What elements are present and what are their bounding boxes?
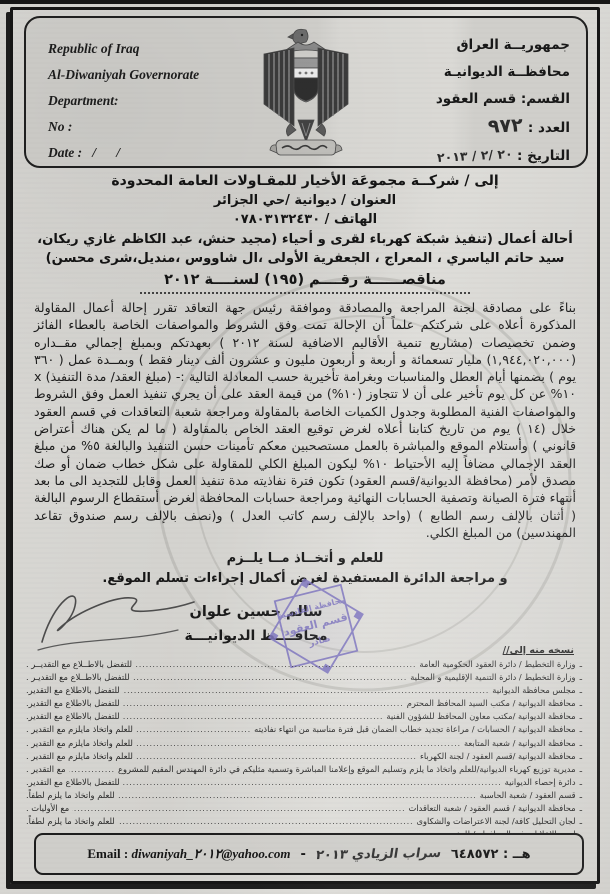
number-en: No :: [48, 119, 72, 134]
item-action: للتفضل بالاطلاع مع التقدير.: [26, 697, 120, 709]
distribution-item: ـ محافظة الديوانية / شعبة المتابعة للعلم…: [26, 737, 582, 750]
footer-phone-label: هــ :: [503, 847, 531, 862]
phone-line: الهاتف / ٠٧٨٠٣١٣٢٤٣٠: [34, 210, 576, 229]
item-recipient: وزارة التخطيط / دائرة التنمية الإقليمية …: [410, 671, 575, 683]
item-action: مع الأوليات .: [26, 802, 69, 814]
item-recipient: محافظة الديوانية / قسم العقود / شعبة الت…: [408, 802, 575, 814]
item-dot-leader: [123, 685, 490, 697]
item-dash: ـ: [580, 723, 582, 735]
governorate-en: Al-Diwaniyah Governorate: [48, 67, 199, 82]
country-ar: جمهوريــة العراق: [436, 32, 570, 59]
item-recipient: محافظة الديوانية /قسم العقود / لجنة الكه…: [420, 750, 576, 762]
item-dot-leader: [136, 751, 417, 763]
distribution-item: ـ محافظة الديوانية / مكتب السيد المحافظ …: [26, 697, 582, 710]
item-recipient: محافظة الديوانية /مكتب معاون المحافظ للش…: [386, 710, 575, 722]
item-recipient: لجان التحليل كافة/ لجنة الاعتراضات والشك…: [417, 815, 576, 827]
item-dot-leader: [136, 724, 251, 736]
item-action: مع التقدير .: [26, 763, 66, 775]
distribution-item: ـ مديرية توزيع كهرباء الديوانية/للعلم وا…: [26, 763, 582, 776]
item-dot-leader: [123, 711, 384, 723]
country-en: Republic of Iraq: [48, 41, 140, 56]
item-dash: ـ: [580, 815, 582, 827]
number-ar-value-handwritten: ٩٧٢: [488, 112, 524, 141]
item-action: للعلم واتخاذ مايلزم مع التقدير .: [26, 750, 133, 762]
footer-phone-value: ٦٤٨٥٧٢: [451, 847, 499, 862]
distribution-item: ـ محافظة الديوانية / قسم العقود / شعبة ا…: [26, 802, 582, 815]
item-recipient: مجلس محافظة الديوانية: [492, 684, 575, 696]
address-line: العنوان / ديوانية /حي الجزائر: [34, 191, 576, 210]
letter-main-paragraph: بناءً على مصادقة لجنة المراجعة والمصادقة…: [34, 299, 576, 541]
dotted-separator: [140, 292, 470, 294]
letterhead-english: Republic of Iraq Al-Diwaniyah Governorat…: [48, 36, 199, 166]
footer-email-address: diwaniyah_٢٠١٢@yahoo.com: [131, 846, 290, 861]
item-dash: ـ: [580, 658, 582, 670]
item-dash: ـ: [580, 737, 582, 749]
item-dash: ـ: [580, 763, 582, 775]
distribution-item: ـ مجلس محافظة الديوانية للتفضل بالاطلاع …: [26, 684, 582, 697]
letter-number-row: العدد : ٩٧٢: [436, 113, 570, 142]
item-action: للعلم واتخاذ ما يلزم لطفاً.: [26, 815, 115, 827]
item-action: للعلم واتخاذ مايلزم مع التقدير .: [26, 723, 133, 735]
item-dash: ـ: [580, 802, 582, 814]
distribution-list: نسخه منه إلى// ـ وزارة التخطيط / دائرة ا…: [26, 645, 582, 840]
item-dash: ـ: [580, 710, 582, 722]
item-recipient: محافظة الديوانية / مكتب السيد المحافظ ال…: [407, 697, 576, 709]
item-dot-leader: [135, 659, 416, 671]
distribution-item: ـ محافظة الديوانية / الحسابات / مراعاة ت…: [26, 723, 582, 736]
item-action: للتفضل بالاطلاع مع التقدير.: [26, 710, 120, 722]
footer-handwritten-note: سراب الزيادي ٢٠١٣: [315, 845, 443, 862]
item-dash: ـ: [580, 684, 582, 696]
item-dot-leader: [69, 764, 115, 776]
closing-line-1: للعلم و أتخــاذ مــا يلــزم: [34, 549, 576, 569]
governorate-ar: محافظــة الديوانيـة: [436, 59, 570, 86]
item-dot-leader: [72, 803, 405, 815]
item-dash: ـ: [580, 776, 582, 788]
date-en-label: Date :: [48, 145, 82, 160]
letterhead-box: Republic of Iraq Al-Diwaniyah Governorat…: [24, 16, 588, 168]
date-ar-label: التاريخ :: [517, 148, 570, 164]
item-dot-leader: [118, 816, 414, 828]
item-action: للتفضل بالاطــلاع مع التقديـر .: [26, 671, 130, 683]
footer-email-label: Email :: [87, 846, 128, 861]
item-dot-leader: [136, 738, 461, 750]
footer-phone: هــ : ٦٤٨٥٧٢: [451, 847, 531, 862]
item-dot-leader: [123, 777, 502, 789]
distribution-item: ـ محافظة الديوانية /مكتب معاون المحافظ ل…: [26, 710, 582, 723]
distribution-item: ـ لجان التحليل كافة/ لجنة الاعتراضات وال…: [26, 815, 582, 828]
letterhead-arabic: جمهوريــة العراق محافظــة الديوانيـة الق…: [436, 32, 570, 170]
item-recipient: قسم العقود / شعبة الحاسبة: [480, 789, 576, 801]
item-dot-leader: [118, 790, 477, 802]
recipient-line: إلى / شركــة مجموعَة الأخيار للمقـاولات …: [34, 172, 576, 191]
letter-date-row: التاريخ : ٢٠ /٢ / ٢٠١٣: [436, 142, 570, 170]
item-dash: ـ: [580, 750, 582, 762]
distribution-item: ـ وزارة التخطيط / دائرة التنمية الإقليمي…: [26, 671, 582, 684]
distribution-items: ـ وزارة التخطيط / دائرة العقود الحكومية …: [26, 658, 582, 840]
date-ar-value-handwritten: ٢٠ /٢ / ٢٠١٣: [436, 140, 513, 171]
scan-edge-band: [0, 0, 610, 4]
department-en: Department:: [48, 93, 119, 108]
tender-number-line: مناقصــــــة رقــــم (١٩٥) لسنــــة ٢٠١٢: [34, 270, 576, 290]
distribution-item: ـ وزارة التخطيط / دائرة العقود الحكومية …: [26, 658, 582, 671]
distribution-item: ـ قسم العقود / شعبة الحاسبة للعلم واتخاذ…: [26, 789, 582, 802]
item-recipient: وزارة التخطيط / دائرة العقود الحكومية ال…: [419, 658, 575, 670]
letter-body: إلى / شركــة مجموعَة الأخيار للمقـاولات …: [34, 172, 576, 589]
subject-line: أحالة أعمال (تنفيذ شبكة كهرباء لقرى و أح…: [34, 230, 576, 268]
footer-email: Email : diwaniyah_٢٠١٢@yahoo.com: [87, 846, 290, 862]
item-action: للتفضل بالاطلاع مع التقدير.: [26, 684, 120, 696]
item-action: للتفضل بالاطــلاع مع التقديــر .: [26, 658, 132, 670]
footer-contact-bar: هــ : ٦٤٨٥٧٢ سراب الزيادي ٢٠١٣ - Email :…: [34, 833, 584, 875]
distribution-item: ـ دائرة إحصاء الديوانية للتفضل بالاطلاع …: [26, 776, 582, 789]
item-action: للعلم واتخاذ مايلزم مع التقدير .: [26, 737, 133, 749]
item-recipient: محافظة الديوانية / شعبة المتابعة: [464, 737, 576, 749]
scanned-letter-page: Republic of Iraq Al-Diwaniyah Governorat…: [0, 0, 610, 894]
number-ar-label: العدد :: [528, 120, 570, 136]
item-dot-leader: [123, 698, 404, 710]
iraq-coat-of-arms-eagle-icon: [254, 24, 358, 164]
item-dash: ـ: [580, 697, 582, 709]
item-action: للتفضل بالاطلاع مع التقدير.: [26, 776, 120, 788]
item-dash: ـ: [580, 671, 582, 683]
distribution-heading: نسخه منه إلى//: [26, 645, 574, 656]
item-recipient: دائرة إحصاء الديوانية: [505, 776, 576, 788]
footer-separator: -: [300, 847, 305, 862]
item-dot-leader: [133, 672, 408, 684]
department-ar: القسم: قسم العقود: [436, 86, 570, 113]
item-action: للعلم واتخاذ ما يلزم لطفاً.: [26, 789, 115, 801]
item-recipient: محافظة الديوانية / الحسابات / مراعاة تجد…: [254, 723, 575, 735]
item-dash: ـ: [580, 789, 582, 801]
date-en-value: / /: [82, 145, 120, 160]
distribution-item: ـ محافظة الديوانية /قسم العقود / لجنة ال…: [26, 750, 582, 763]
item-recipient: مديرية توزيع كهرباء الديوانية/للعلم واتخ…: [118, 763, 576, 775]
